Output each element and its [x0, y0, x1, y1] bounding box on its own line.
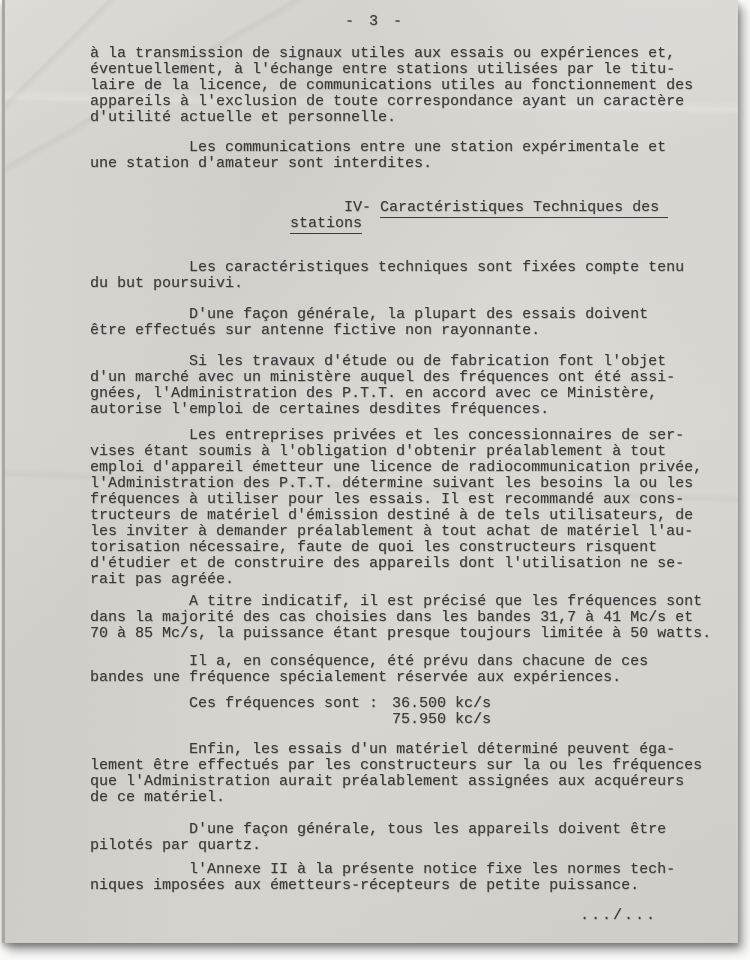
page-number: - 3 -	[345, 14, 715, 30]
scanned-page: - 3 - à la transmission de signaux utile…	[2, 0, 738, 943]
body-paragraph-2: Les communications entre une station exp…	[90, 140, 715, 172]
body-paragraph-7: A titre indicatif, il est précisé que le…	[90, 594, 715, 642]
body-paragraph-11: D'une façon générale, tous les appareils…	[90, 822, 715, 854]
body-paragraph-5: Si les travaux d'étude ou de fabrication…	[90, 354, 715, 418]
frequency-values: 36.500 kc/s 75.950 kc/s	[392, 696, 491, 728]
continuation-mark: .../...	[90, 908, 715, 924]
frequency-value-1: 36.500 kc/s	[392, 696, 491, 712]
section-heading-number: IV-	[344, 199, 380, 216]
section-heading: IV- Caractéristiques Techniques des stat…	[290, 184, 715, 248]
body-paragraph-4: D'une façon générale, la plupart des ess…	[90, 307, 715, 339]
body-paragraph-1: à la transmission de signaux utiles aux …	[90, 46, 715, 126]
body-paragraph-3: Les caractéristiques techniques sont fix…	[90, 260, 715, 292]
frequency-value-2: 75.950 kc/s	[392, 712, 491, 728]
frequency-list: Ces fréquences sont : 36.500 kc/s 75.950…	[189, 696, 715, 728]
page-content: - 3 - à la transmission de signaux utile…	[90, 14, 715, 924]
body-paragraph-10: Enfin, les essais d'un matériel détermin…	[90, 742, 715, 806]
body-paragraph-12: l'Annexe II à la présente notice fixe le…	[90, 862, 715, 894]
frequency-intro: Ces fréquences sont :	[189, 696, 378, 728]
body-paragraph-6: Les entreprises privées et les concessio…	[90, 428, 715, 588]
body-paragraph-8: Il a, en conséquence, été prévu dans cha…	[90, 654, 715, 686]
